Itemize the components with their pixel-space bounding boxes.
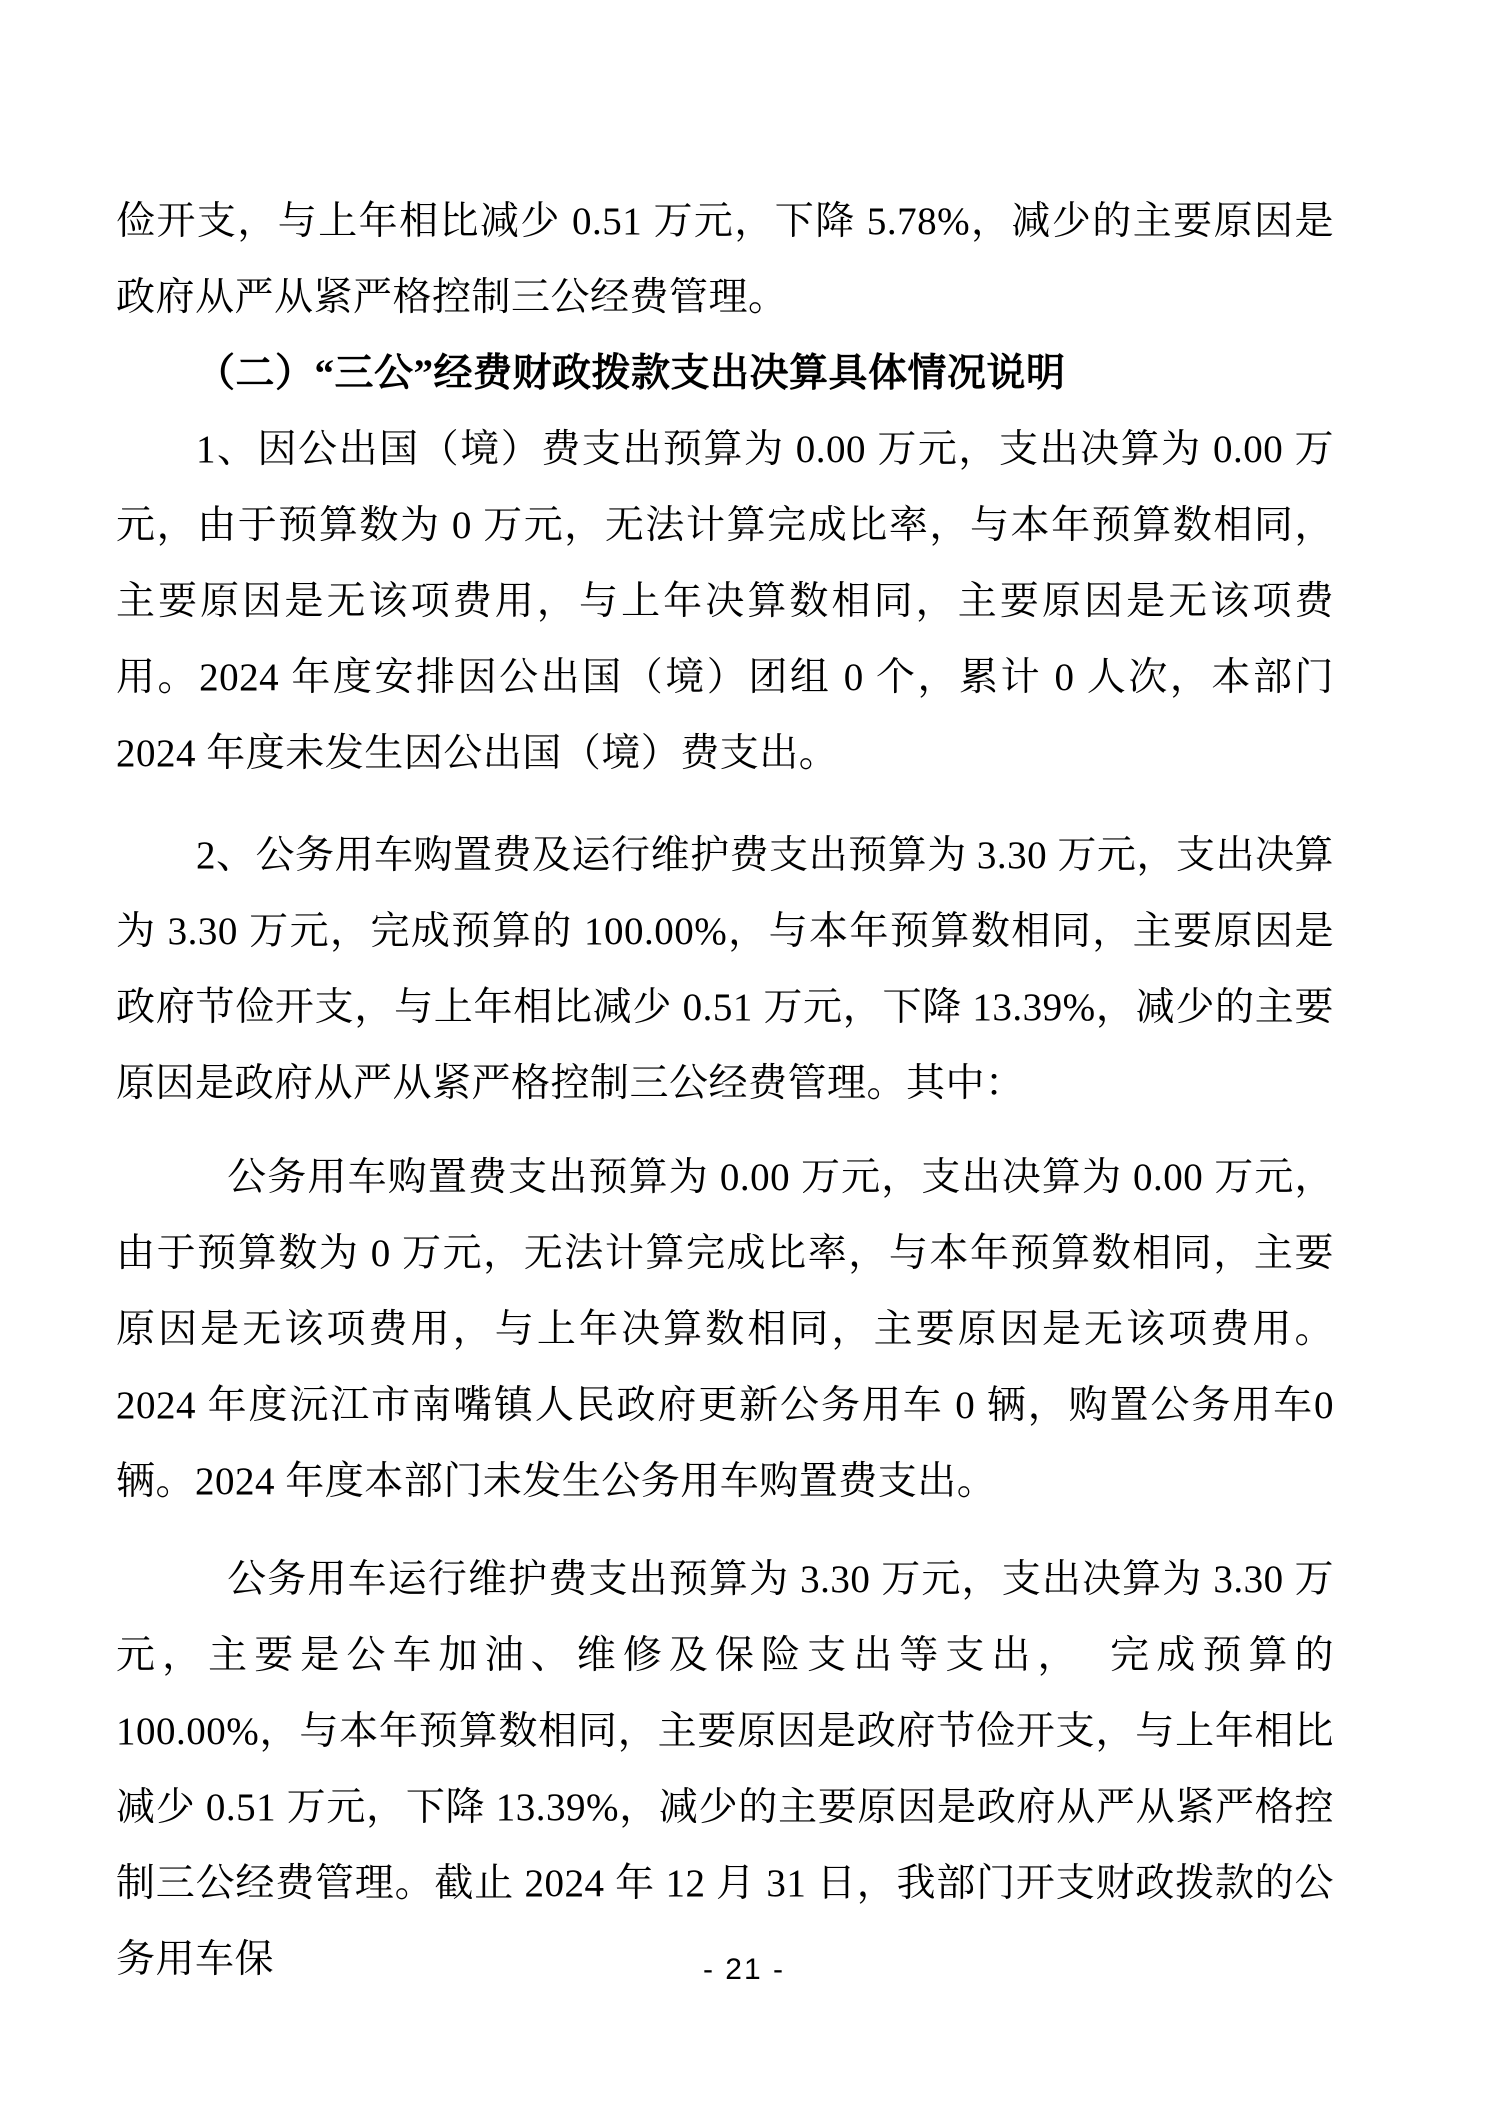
document-page: 俭开支，与上年相比减少 0.51 万元，下降 5.78%，减少的主要原因是政府从…	[0, 0, 1488, 2104]
document-body: 俭开支，与上年相比减少 0.51 万元，下降 5.78%，减少的主要原因是政府从…	[116, 184, 1334, 1998]
page-number: - 21 -	[703, 1953, 785, 1986]
paragraph-vehicle-maintenance: 公务用车运行维护费支出预算为 3.30 万元，支出决算为 3.30 万元，主要是…	[116, 1542, 1334, 1998]
paragraph-abroad-expense: 1、因公出国（境）费支出预算为 0.00 万元，支出决算为 0.00 万元，由于…	[116, 412, 1334, 792]
paragraph-vehicle-total: 2、公务用车购置费及运行维护费支出预算为 3.30 万元，支出决算为 3.30 …	[116, 818, 1334, 1122]
paragraph-continuation: 俭开支，与上年相比减少 0.51 万元，下降 5.78%，减少的主要原因是政府从…	[116, 184, 1334, 336]
paragraph-vehicle-purchase: 公务用车购置费支出预算为 0.00 万元，支出决算为 0.00 万元，由于预算数…	[116, 1140, 1334, 1520]
page-footer: - 21 -	[0, 1948, 1488, 1992]
section-heading: （二）“三公”经费财政拨款支出决算具体情况说明	[116, 336, 1334, 412]
